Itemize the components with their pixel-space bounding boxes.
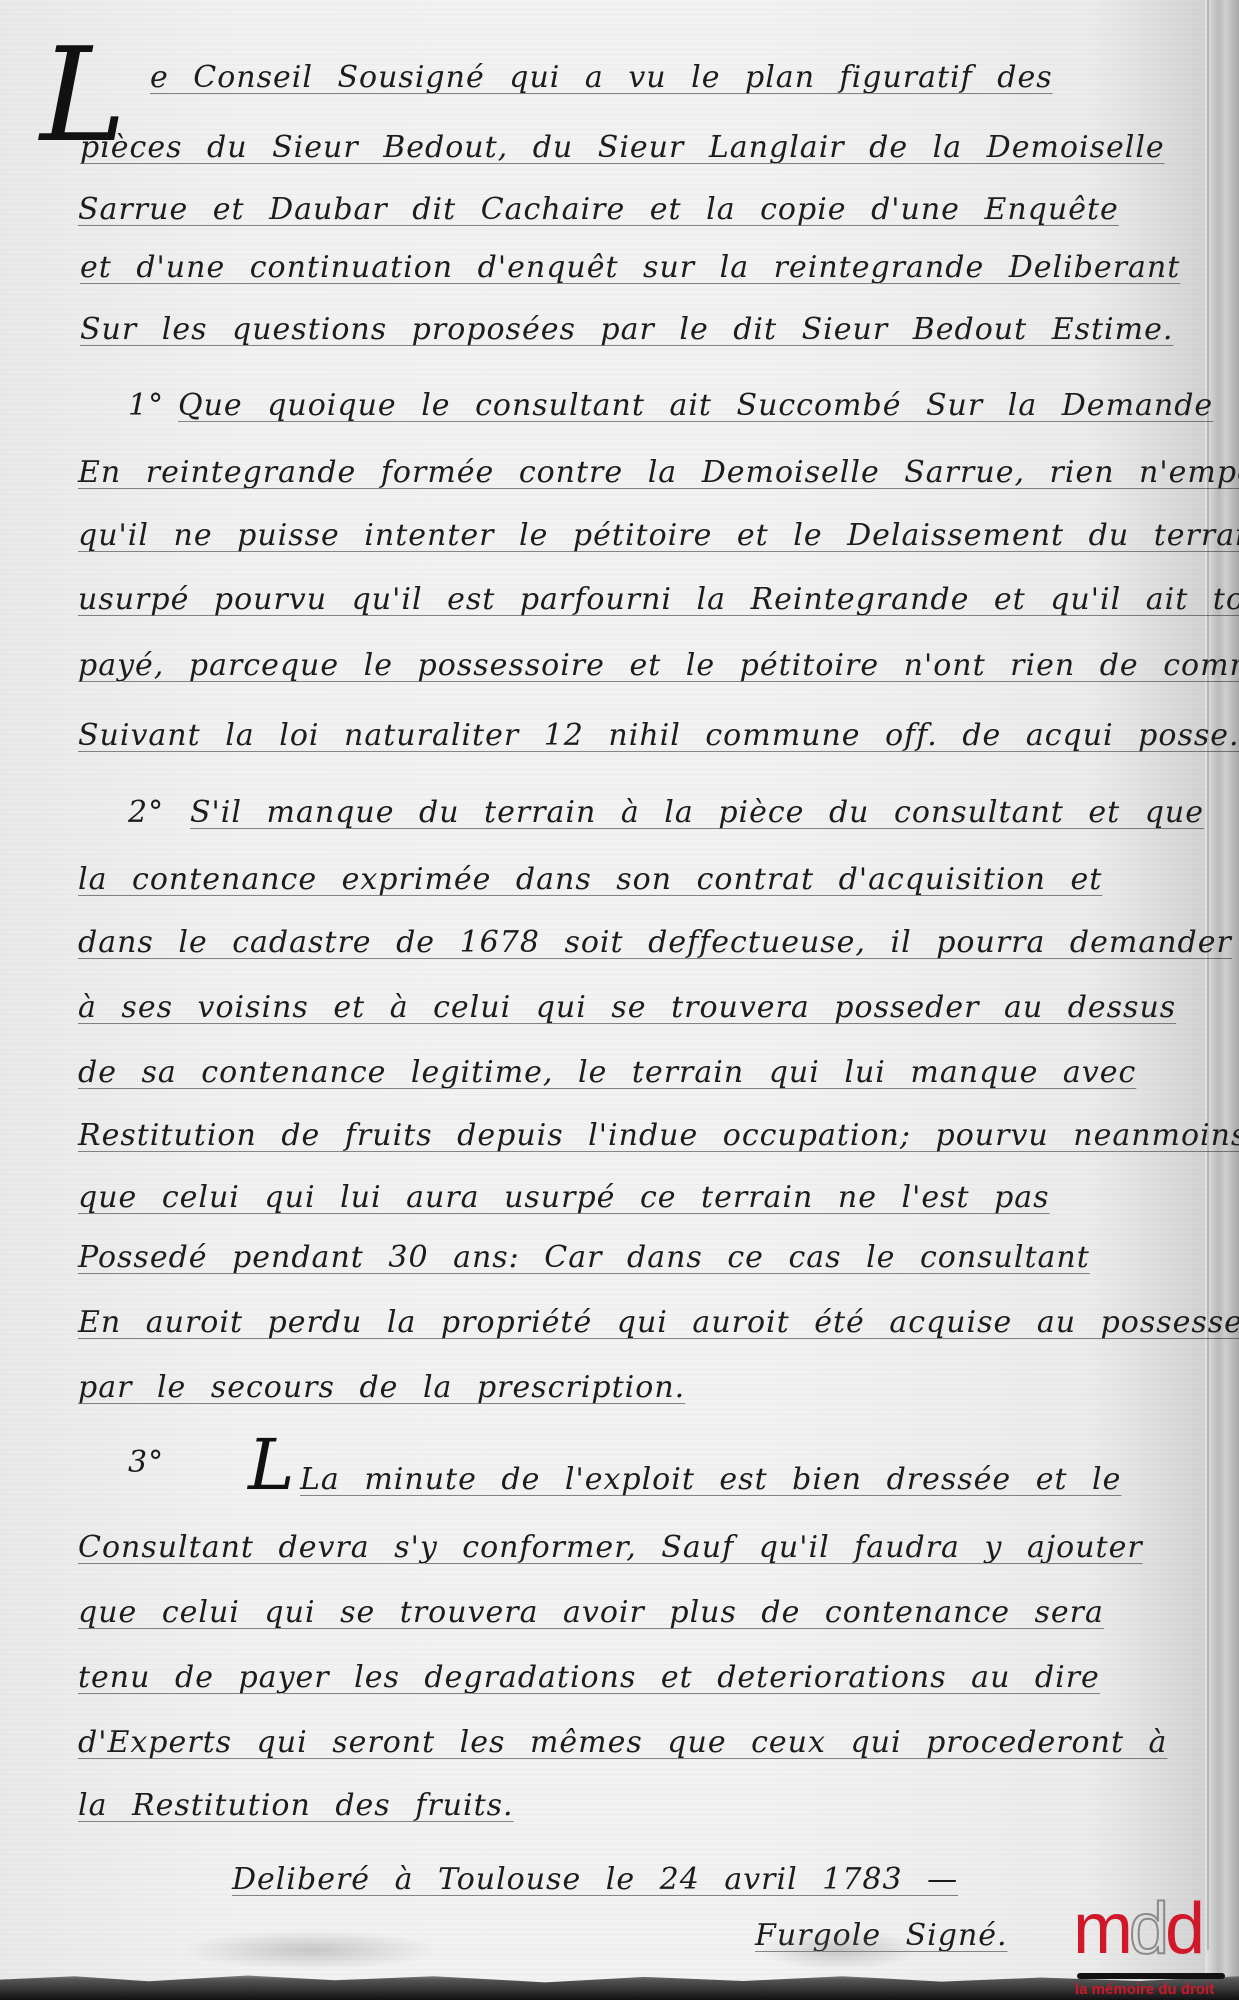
logo-letter-d: d [1165,1889,1201,1969]
section-3-line: La minute de l'exploit est bien dressée … [300,1462,1121,1497]
section-3-line: d'Experts qui seront les mêmes que ceux … [78,1725,1167,1760]
section-3-line: que celui qui se trouvera avoir plus de … [78,1595,1104,1630]
logo-tagline: la mémoire du droit [1075,1981,1214,1998]
section-2-line: à ses voisins et à celui qui se trouvera… [78,990,1176,1025]
section-2-line: En auroit perdu la propriété qui auroit … [78,1305,1239,1340]
section-2-line: que celui qui lui aura usurpé ce terrain… [78,1180,1050,1215]
section-3-line: tenu de payer les degradations et deteri… [78,1660,1100,1695]
section-2-line: Restitution de fruits depuis l'indue occ… [78,1118,1239,1153]
section-3-drop-cap: L [248,1430,294,1500]
intro-line: et d'une continuation d'enquêt sur la re… [80,250,1180,285]
section-2-line: la contenance exprimée dans son contrat … [78,862,1102,897]
intro-line: Sarrue et Daubar dit Cachaire et la copi… [78,192,1119,227]
section-2-number: 2° [128,795,164,830]
water-stain [760,1930,920,1970]
page-right-edge [1205,0,1239,2000]
section-2-line: Possedé pendant 30 ans: Car dans ce cas … [78,1240,1090,1275]
section-2-line: S'il manque du terrain à la pièce du con… [190,795,1204,830]
water-stain [180,1930,440,1970]
section-1-line: Que quoique le consultant ait Succombé S… [178,388,1213,423]
mdd-watermark-logo: mdd la mémoire du droit [1073,1893,1233,1999]
intro-line: pièces du Sieur Bedout, du Sieur Langlai… [80,130,1165,165]
scanned-manuscript-page: L e Conseil Sousigné qui a vu le plan fi… [0,0,1239,2000]
logo-letter-d-outline: d [1129,1889,1165,1969]
section-1-line: En reintegrande formée contre la Demoise… [78,455,1239,490]
section-3-line: Consultant devra s'y conformer, Sauf qu'… [78,1530,1143,1565]
section-2-line: par le secours de la prescription. [78,1370,685,1405]
mdd-logo-letters: mdd [1073,1893,1201,1965]
logo-underline-bar [1077,1973,1225,1979]
intro-line: e Conseil Sousigné qui a vu le plan figu… [150,60,1053,95]
section-2-line: dans le cadastre de 1678 soit deffectueu… [78,925,1232,960]
section-3-line: la Restitution des fruits. [78,1788,514,1823]
section-2-line: de sa contenance legitime, le terrain qu… [78,1055,1136,1090]
logo-letter-m: m [1073,1889,1129,1969]
intro-line: Sur les questions proposées par le dit S… [80,312,1173,347]
section-1-line: usurpé pourvu qu'il est parfourni la Rei… [78,582,1239,617]
section-3-number: 3° [128,1445,164,1480]
torn-bottom-edge [0,1966,1239,2000]
section-1-number: 1° [128,388,164,423]
section-1-line: Suivant la loi naturaliter 12 nihil comm… [78,718,1239,753]
page-fold-line [1207,0,1209,1950]
section-1-line: payé, parceque le possessoire et le péti… [78,648,1239,683]
closing-place-date: Deliberé à Toulouse le 24 avril 1783 — [232,1862,958,1897]
section-1-line: qu'il ne puisse intenter le pétitoire et… [78,518,1239,553]
